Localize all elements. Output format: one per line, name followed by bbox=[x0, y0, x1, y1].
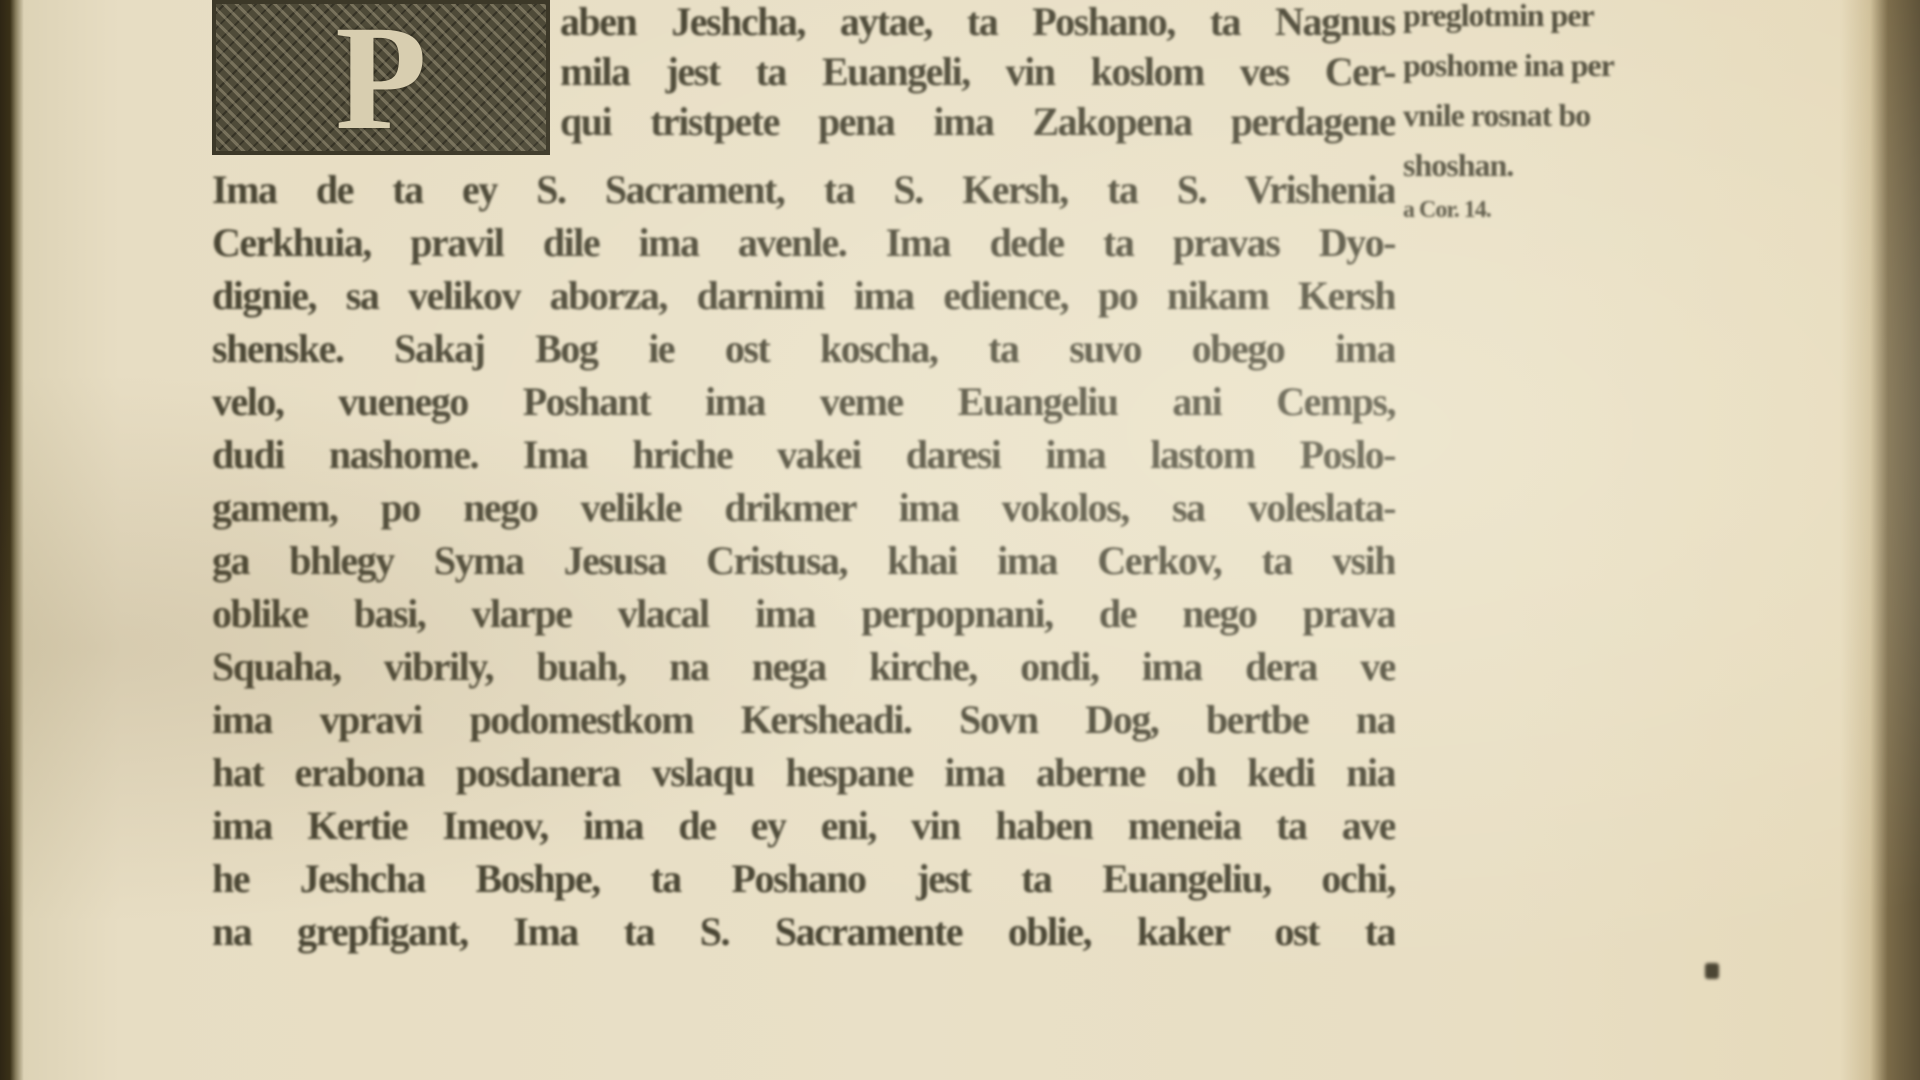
margin-note-line: vnile rosnat bo bbox=[1403, 90, 1590, 140]
text-line: velo, vuenego Poshant ima veme Euangeliu… bbox=[212, 372, 1395, 432]
text-line: Ima de ta ey S. Sacrament, ta S. Kersh, … bbox=[212, 160, 1395, 220]
margin-note-line: shoshan. bbox=[1403, 140, 1513, 190]
text-line: oblike basi, vlarpe vlacal ima perpopnan… bbox=[212, 584, 1395, 644]
text-line: na grepfigant, Ima ta S. Sacramente obli… bbox=[212, 902, 1395, 962]
text-line: ima Kertie Imeov, ima de ey eni, vin hab… bbox=[212, 796, 1395, 856]
text-line: shenske. Sakaj Bog ie ost koscha, ta suv… bbox=[212, 319, 1395, 379]
text-line: he Jeshcha Boshpe, ta Poshano jest ta Eu… bbox=[212, 849, 1395, 909]
initial-letter: P bbox=[335, 3, 427, 153]
decorated-initial: P bbox=[212, 0, 550, 155]
text-line: hat erabona posdanera vslaqu hespane ima… bbox=[212, 743, 1395, 803]
scanned-page: P aben Jeshcha, aytae, ta Poshano, ta Na… bbox=[0, 0, 1920, 1080]
text-line: ima vpravi podomestkom Kersheadi. Sovn D… bbox=[212, 690, 1395, 750]
text-line: dignie, sa velikov aborza, darnimi ima e… bbox=[212, 266, 1395, 326]
margin-note-line: preglotmin per bbox=[1403, 0, 1594, 40]
text-line: ga bhlegy Syma Jesusa Cristusa, khai ima… bbox=[212, 531, 1395, 591]
margin-citation: a Cor. 14. bbox=[1403, 185, 1491, 235]
text-line: Squaha, vibrily, buah, na nega kirche, o… bbox=[212, 637, 1395, 697]
ink-mark bbox=[1705, 963, 1719, 979]
text-line: dudi nashome. Ima hriche vakei daresi im… bbox=[212, 425, 1395, 485]
text-line: qui tristpete pena ima Zakopena perdagen… bbox=[560, 92, 1395, 152]
text-line: gamem, po nego velikle drikmer ima vokol… bbox=[212, 478, 1395, 538]
text-line: Cerkhuia, pravil dile ima avenle. Ima de… bbox=[212, 213, 1395, 273]
margin-note-line: poshome ina per bbox=[1403, 40, 1614, 90]
